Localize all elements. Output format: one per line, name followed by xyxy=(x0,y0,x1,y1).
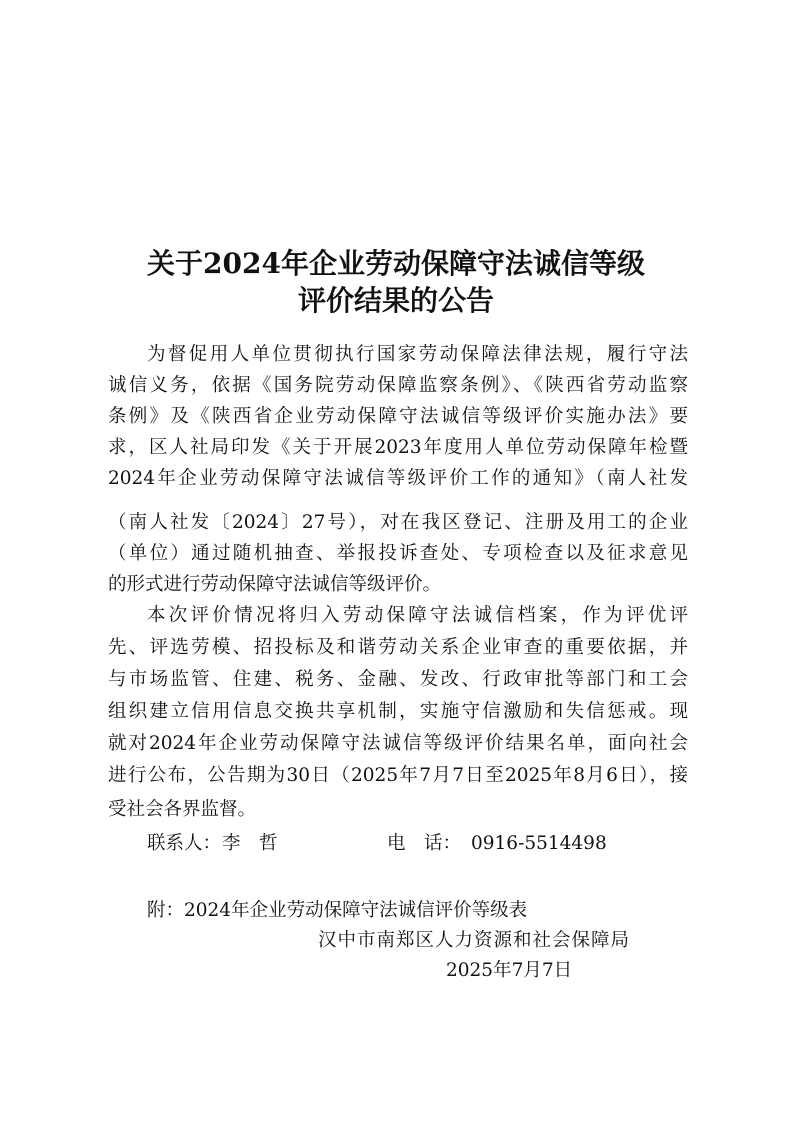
issuing-authority: 汉中市南郑区人力资源和社会保障局 xyxy=(318,927,630,955)
paragraph-1-line: 的形式进行劳动保障守法诚信等级评价。 xyxy=(108,571,688,599)
paragraph-2-line: 本次评价情况将归入劳动保障守法诚信档案，作为评优评 xyxy=(147,602,688,630)
annex-attachment: 附：2024年企业劳动保障守法诚信评价等级表 xyxy=(147,897,527,925)
paragraph-2-line: 进行公布，公告期为30日（2025年7月7日至2025年8月6日），接 xyxy=(108,762,688,790)
paragraph-2-line: 先、评选劳模、招投标及和谐劳动关系企业审查的重要依据，并 xyxy=(108,634,688,662)
paragraph-2-line: 组织建立信用信息交换共享机制，实施守信激励和失信惩戒。现 xyxy=(108,698,688,726)
contact-person-label: 联系人： xyxy=(147,830,221,858)
paragraph-1-line: 诚信义务，依据《国务院劳动保障监察条例》、《陕西省劳动监察 xyxy=(108,372,688,400)
paragraph-2-line: 就对2024年企业劳动保障守法诚信等级评价结果名单，面向社会 xyxy=(108,730,688,758)
paragraph-1-line: 2024年企业劳动保障守法诚信等级评价工作的通知》（南人社发 xyxy=(108,465,688,493)
document-title-line-1: 关于2024年企业劳动保障守法诚信等级 xyxy=(0,246,792,282)
contact-person-name: 李 哲 xyxy=(222,830,278,858)
paragraph-2-line: 受社会各界监督。 xyxy=(108,796,688,824)
paragraph-1-line: （南人社发〔2024〕27号），对在我区登记、注册及用工的企业 xyxy=(108,509,688,537)
document-page: 关于2024年企业劳动保障守法诚信等级 评价结果的公告 为督促用人单位贯彻执行国… xyxy=(0,0,792,1121)
paragraph-1-line: 求，区人社局印发《关于开展2023年度用人单位劳动保障年检暨 xyxy=(108,434,688,462)
paragraph-1-line: （单位）通过随机抽查、举报投诉查处、专项检查以及征求意见 xyxy=(108,540,688,568)
document-title-line-2: 评价结果的公告 xyxy=(0,283,792,319)
issue-date: 2025年7月7日 xyxy=(446,957,572,985)
paragraph-2-line: 与市场监管、住建、税务、金融、发改、行政审批等部门和工会 xyxy=(108,666,688,694)
paragraph-1-line: 条例》及《陕西省企业劳动保障守法诚信等级评价实施办法》要 xyxy=(108,403,688,431)
contact-phone-label: 电 话： xyxy=(387,830,461,858)
contact-phone-number: 0916-5514498 xyxy=(471,830,607,858)
paragraph-1-line: 为督促用人单位贯彻执行国家劳动保障法律法规，履行守法 xyxy=(147,341,688,369)
